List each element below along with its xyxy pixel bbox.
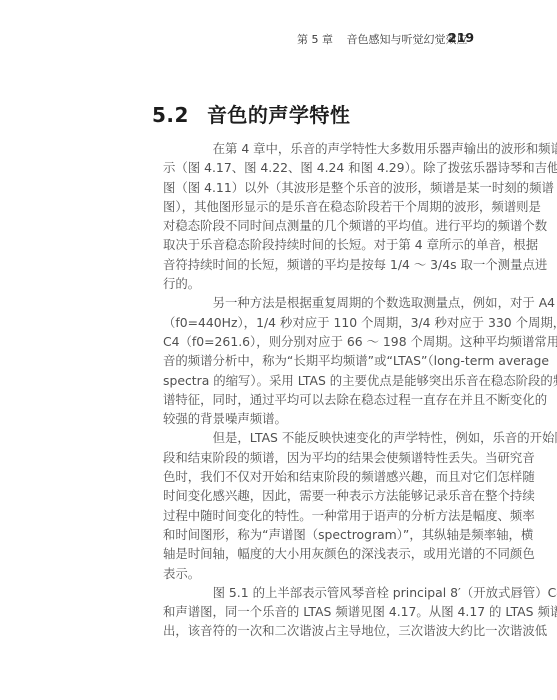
text-line: 音的频谱分析中，称为“长期平均频谱”或“LTAS”（long-term aver… <box>163 351 499 370</box>
body-text: 在第 4 章中，乐音的声学特性大多数用乐器声输出的波形和频谱表 示（图 4.17… <box>163 139 499 641</box>
text-line: 图），其他图形显示的是乐音在稳态阶段若干个周期的波形，频谱则是 <box>163 197 499 216</box>
paragraph-2: 另一种方法是根据重复周期的个数选取测量点，例如，对于 A4 （f0=440Hz）… <box>163 293 499 428</box>
text-line: 图（图 4.11）以外（其波形是整个乐音的波形，频谱是某一时刻的频谱 <box>163 178 499 197</box>
text-line: spectra 的缩写）。采用 LTAS 的主要优点是能够突出乐音在稳态阶段的频 <box>163 371 499 390</box>
text-line: 图 5.1 的上半部表示管风琴音栓 principal 8′（开放式唇管）C4 … <box>163 583 499 602</box>
text-line: 时间变化感兴趣，因此，需要一种表示方法能够记录乐音在整个持续 <box>163 486 499 505</box>
text-line: 但是，LTAS 不能反映快速变化的声学特性，例如，乐音的开始阶 <box>163 428 499 447</box>
text-line: 出，该音符的一次和二次谐波占主导地位，三次谐波大约比一次谐波低 <box>163 621 499 640</box>
text-line: C4（f0=261.6），则分别对应于 66 ～ 198 个周期。这种平均频谱常… <box>163 332 499 351</box>
text-line: 取决于乐音稳态阶段持续时间的长短。对于第 4 章所示的单音，根据 <box>163 235 499 254</box>
text-line: 表示。 <box>163 564 499 583</box>
text-line: 轴是时间轴，幅度的大小用灰颜色的深浅表示，或用光谱的不同颜色 <box>163 544 499 563</box>
text-line: 较强的背景噪声频谱。 <box>163 409 499 428</box>
paragraph-4: 图 5.1 的上半部表示管风琴音栓 principal 8′（开放式唇管）C4 … <box>163 583 499 641</box>
chapter-label: 第 5 章 <box>297 33 333 46</box>
text-line: 色时，我们不仅对开始和结束阶段的频谱感兴趣，而且对它们怎样随 <box>163 467 499 486</box>
text-line: 示（图 4.17、图 4.22、图 4.24 和图 4.29）。除了拨弦乐器诗琴… <box>163 158 499 177</box>
text-line: 过程中随时间变化的特性。一种常用于语声的分析方法是幅度、频率 <box>163 506 499 525</box>
text-line: 和声谱图，同一个乐音的 LTAS 频谱见图 4.17。从图 4.17 的 LTA… <box>163 602 499 621</box>
text-line: 谱特征，同时，通过平均可以去除在稳态过程一直存在并且不断变化的 <box>163 390 499 409</box>
text-line: 音符持续时间的长短，频谱的平均是按每 1/4 ～ 3/4s 取一个测量点进 <box>163 255 499 274</box>
text-line: 段和结束阶段的频谱，因为平均的结果会使频谱特性丢失。当研究音 <box>163 448 499 467</box>
text-line: 对稳态阶段不同时间点测量的几个频谱的平均值。进行平均的频谱个数 <box>163 216 499 235</box>
paragraph-3: 但是，LTAS 不能反映快速变化的声学特性，例如，乐音的开始阶 段和结束阶段的频… <box>163 428 499 582</box>
text-line: （f0=440Hz），1/4 秒对应于 110 个周期，3/4 秒对应于 330… <box>163 313 499 332</box>
text-line: 和时间图形，称为“声谱图（spectrogram）”，其纵轴是频率轴，横 <box>163 525 499 544</box>
text-line: 行的。 <box>163 274 499 293</box>
paragraph-1: 在第 4 章中，乐音的声学特性大多数用乐器声输出的波形和频谱表 示（图 4.17… <box>163 139 499 293</box>
section-number: 5.2 <box>152 103 189 127</box>
text-line: 在第 4 章中，乐音的声学特性大多数用乐器声输出的波形和频谱表 <box>163 139 499 158</box>
section-heading: 5.2音色的声学特性 <box>152 99 350 128</box>
section-title: 音色的声学特性 <box>207 103 351 127</box>
page-number: 219 <box>448 30 474 45</box>
text-line: 另一种方法是根据重复周期的个数选取测量点，例如，对于 A4 <box>163 293 499 312</box>
running-header: 第 5 章 音色感知与听觉幻觉效应 219 <box>297 31 468 47</box>
